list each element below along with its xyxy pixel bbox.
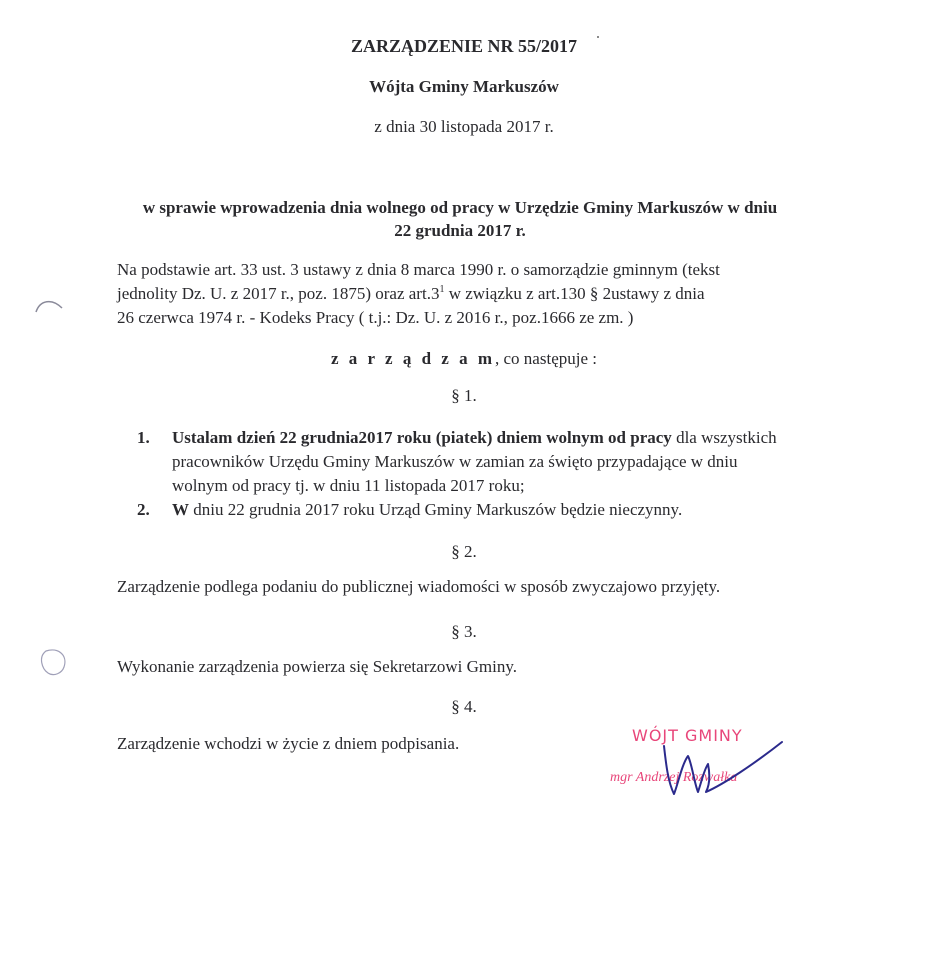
section-2-text: Zarządzenie podlega podaniu do publiczne… xyxy=(117,577,817,597)
official-stamp: WÓJT GMINY mgr Andrzej Rozwałka xyxy=(604,722,784,802)
legal-basis-line-2-b: w związku z art.130 § 2ustawy z dnia xyxy=(444,284,704,303)
document-date: z dnia 30 listopada 2017 r. xyxy=(0,117,928,137)
list-text: Ustalam dzień 22 grudnia2017 roku (piate… xyxy=(172,426,797,498)
list-number: 2. xyxy=(137,498,172,522)
section-2-heading: § 2. xyxy=(0,542,928,562)
legal-basis-line-3: 26 czerwca 1974 r. - Kodeks Pracy ( t.j.… xyxy=(117,306,817,330)
punch-hole-mark xyxy=(30,292,70,322)
legal-basis: Na podstawie art. 33 ust. 3 ustawy z dni… xyxy=(117,258,817,330)
list-text: W dniu 22 grudnia 2017 roku Urząd Gminy … xyxy=(172,498,797,522)
list-text-bold: W xyxy=(172,500,189,519)
section-3-heading: § 3. xyxy=(0,622,928,642)
legal-basis-line-2-a: jednolity Dz. U. z 2017 r., poz. 1875) o… xyxy=(117,284,439,303)
subject-line-2: 22 grudnia 2017 r. xyxy=(110,219,810,242)
section-3-text: Wykonanie zarządzenia powierza się Sekre… xyxy=(117,657,817,677)
section-4-heading: § 4. xyxy=(0,697,928,717)
list-text-regular: dniu 22 grudnia 2017 roku Urząd Gminy Ma… xyxy=(189,500,682,519)
document-issuer: Wójta Gminy Markuszów xyxy=(0,77,928,97)
decree-word: z a r z ą d z a m xyxy=(331,349,495,368)
decree-rest: , co następuje : xyxy=(495,349,597,368)
punch-hole-mark xyxy=(36,645,70,679)
document-title: ZARZĄDZENIE NR 55/2017 xyxy=(0,36,928,57)
section-1-list: 1. Ustalam dzień 22 grudnia2017 roku (pi… xyxy=(137,426,797,522)
legal-basis-line-1: Na podstawie art. 33 ust. 3 ustawy z dni… xyxy=(117,258,817,282)
subject-line-1: w sprawie wprowadzenia dnia wolnego od p… xyxy=(110,196,810,219)
handwritten-signature xyxy=(644,734,784,804)
list-item: 2. W dniu 22 grudnia 2017 roku Urząd Gmi… xyxy=(137,498,797,522)
list-item: 1. Ustalam dzień 22 grudnia2017 roku (pi… xyxy=(137,426,797,498)
list-text-bold: Ustalam dzień 22 grudnia2017 roku (piate… xyxy=(172,428,672,447)
document-page: ZARZĄDZENIE NR 55/2017 Wójta Gminy Marku… xyxy=(0,0,928,978)
document-subject: w sprawie wprowadzenia dnia wolnego od p… xyxy=(110,196,810,242)
legal-basis-line-2: jednolity Dz. U. z 2017 r., poz. 1875) o… xyxy=(117,282,817,306)
decree-line: z a r z ą d z a m, co następuje : xyxy=(0,349,928,369)
section-1-heading: § 1. xyxy=(0,386,928,406)
list-number: 1. xyxy=(137,426,172,498)
